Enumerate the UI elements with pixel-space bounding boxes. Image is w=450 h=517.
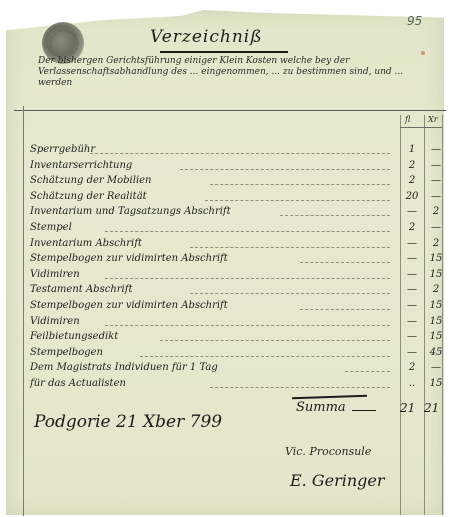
row-fl-value: — — [402, 253, 422, 264]
table-row: Testament Abschrift—2 — [30, 284, 440, 300]
summa-dash — [352, 410, 376, 411]
leader-dots — [105, 325, 390, 327]
row-xr-value: — — [426, 175, 446, 186]
row-fl-value: — — [402, 316, 422, 327]
row-fl-value: 20 — [402, 191, 422, 202]
leader-dots — [90, 153, 390, 155]
row-label: Stempelbogen zur vidimirten Abschrift — [30, 300, 228, 311]
column-header-rule — [400, 127, 442, 128]
row-xr-value: 15 — [426, 316, 446, 327]
table-row: Stempel2— — [30, 222, 440, 238]
row-label: für das Actualisten — [30, 378, 126, 389]
row-fl-value: — — [402, 300, 422, 311]
place-date: Podgorie 21 Xber 799 — [34, 412, 222, 432]
summa-fl-value: 21 — [400, 401, 415, 415]
row-xr-value: 15 — [426, 378, 446, 389]
summa-label: Summa — [296, 400, 346, 415]
row-xr-value: — — [426, 191, 446, 202]
row-label: Sperrgebühr — [30, 144, 95, 155]
row-label: Inventarium Abschrift — [30, 238, 142, 249]
leader-dots — [180, 169, 390, 171]
row-label: Stempelbogen — [30, 347, 103, 358]
row-label: Feilbietungsedikt — [30, 331, 118, 342]
title-underline — [160, 51, 288, 53]
table-row: für das Actualisten..15 — [30, 378, 440, 394]
row-xr-value: 15 — [426, 269, 446, 280]
row-fl-value: — — [402, 331, 422, 342]
row-xr-value: 15 — [426, 300, 446, 311]
row-label: Stempel — [30, 222, 72, 233]
leader-dots — [210, 387, 390, 389]
row-fl-value: — — [402, 284, 422, 295]
row-label: Stempelbogen zur vidimirten Abschrift — [30, 253, 228, 264]
row-label: Schätzung der Mobilien — [30, 175, 152, 186]
folio-number: 95 — [407, 14, 422, 28]
table-row: Vidimiren—15 — [30, 269, 440, 285]
intro-text: Der bishergen Gerichtsführung einiger Kl… — [38, 56, 433, 89]
table-row: Inventarium Abschrift—2 — [30, 238, 440, 254]
leader-dots — [105, 231, 390, 233]
leader-dots — [210, 184, 390, 186]
table-row: Schätzung der Mobilien2— — [30, 175, 440, 191]
table-row: Stempelbogen zur vidimirten Abschrift—15 — [30, 300, 440, 316]
row-label: Inventarserrichtung — [30, 160, 132, 171]
table-row: Stempelbogen zur vidimirten Abschrift—15 — [30, 253, 440, 269]
row-xr-value: 15 — [426, 253, 446, 264]
paper-stain — [421, 51, 425, 55]
row-fl-value: 2 — [402, 175, 422, 186]
office-title: Vic. Proconsule — [285, 445, 371, 458]
column-header-fl: fl — [405, 115, 410, 124]
leader-dots — [105, 278, 390, 280]
leader-dots — [160, 340, 390, 342]
table-row: Dem Magistrats Individuen für 1 Tag2— — [30, 362, 440, 378]
row-xr-value: 2 — [426, 238, 446, 249]
row-label: Testament Abschrift — [30, 284, 132, 295]
row-xr-value: — — [426, 160, 446, 171]
table-row: Stempelbogen—45 — [30, 347, 440, 363]
leader-dots — [300, 309, 390, 311]
table-top-rule — [14, 110, 446, 111]
signature: E. Geringer — [290, 471, 385, 490]
document-title: Verzeichniß — [150, 27, 263, 47]
table-row: Schätzung der Realität20— — [30, 191, 440, 207]
table-left-rule — [23, 106, 24, 516]
row-label: Vidimiren — [30, 269, 80, 280]
row-label: Inventarium und Tagsatzungs Abschrift — [30, 206, 231, 217]
leader-dots — [140, 356, 390, 358]
leader-dots — [300, 262, 390, 264]
row-xr-value: 15 — [426, 331, 446, 342]
leader-dots — [190, 247, 390, 249]
row-xr-value: 45 — [426, 347, 446, 358]
row-xr-value: — — [426, 362, 446, 373]
table-row: Feilbietungsedikt—15 — [30, 331, 440, 347]
leader-dots — [345, 371, 390, 373]
row-label: Schätzung der Realität — [30, 191, 147, 202]
row-xr-value: — — [426, 144, 446, 155]
row-xr-value: — — [426, 222, 446, 233]
row-fl-value: — — [402, 347, 422, 358]
row-fl-value: — — [402, 269, 422, 280]
column-header-xr: Xr — [428, 115, 438, 124]
row-fl-value: 2 — [402, 362, 422, 373]
summa-xr-value: 21 — [424, 401, 439, 415]
row-xr-value: 2 — [426, 206, 446, 217]
table-row: Sperrgebühr1— — [30, 144, 440, 160]
leader-dots — [280, 215, 390, 217]
row-fl-value: .. — [402, 378, 422, 389]
row-fl-value: 1 — [402, 144, 422, 155]
table-row: Inventarium und Tagsatzungs Abschrift—2 — [30, 206, 440, 222]
leader-dots — [190, 293, 390, 295]
row-fl-value: — — [402, 206, 422, 217]
row-fl-value: 2 — [402, 222, 422, 233]
table-row: Inventarserrichtung2— — [30, 160, 440, 176]
row-xr-value: 2 — [426, 284, 446, 295]
row-label: Vidimiren — [30, 316, 80, 327]
row-label: Dem Magistrats Individuen für 1 Tag — [30, 362, 218, 373]
row-fl-value: 2 — [402, 160, 422, 171]
table-row: Vidimiren—15 — [30, 316, 440, 332]
row-fl-value: — — [402, 238, 422, 249]
leader-dots — [205, 200, 390, 202]
